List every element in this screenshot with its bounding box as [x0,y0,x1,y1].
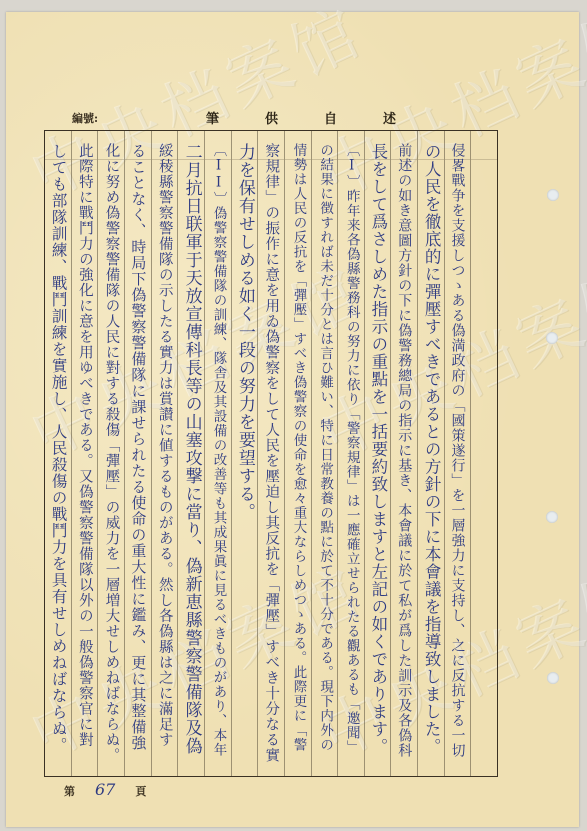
handwritten-line: 綏稜縣警察警備隊の示したる實力は賞讃に値するものがある。然し各偽縣は之に滿足す [157,143,172,748]
manuscript-column: 長をして爲さしめた指示の重點を一括要約致しますと左記の如くであります。 [364,131,391,776]
serial-number-label: 編號: [72,110,98,126]
handwritten-line: ることなく、時局下偽警察警備隊に課せられたる使命の重大性に鑑み、更に其整備強 [130,143,145,751]
manuscript-column: の結果に徴すれば未だ十分とは言ひ難い、特に日常教養の點に於て不十分である。現下内… [311,131,338,776]
handwritten-line: の結果に徴すれば未だ十分とは言ひ難い、特に日常教養の點に於て不十分である。現下内… [318,143,332,752]
handwritten-line: 情勢は人民の反抗を「彈壓」すべき偽警察の使命を愈々重大ならしめつゝある。此際更に… [291,143,305,752]
punch-hole [546,332,558,344]
handwritten-line: 長をして爲さしめた指示の重點を一括要約致しますと左記の如くであります。 [369,143,386,756]
page-prefix: 第 [64,783,75,799]
handwritten-line: しても部隊訓練、戰鬥訓練を實施し、人民殺傷の戰鬥力を具有せしめねばならぬ。 [50,143,66,754]
page-number: 67 [95,780,115,799]
handwritten-line: 化に努め偽警察警備隊の人民に對する殺傷「彈壓」の威力を一層増大せしめねばならぬ。 [104,143,119,763]
manuscript-column: ることなく、時局下偽警察警備隊に課せられたる使命の重大性に鑑み、更に其整備強 [124,131,151,776]
manuscript-column: 二月抗日联軍于天放宣傳科長等の山塞攻撃に當り、偽新恵縣警察警備隊及偽 [177,131,204,776]
manuscript-column: 察規律」の振作に意を用ゐ偽警察をして人民を壓迫し其反抗を「彈壓」すべき十分なる實 [257,131,284,776]
punch-hole [547,672,559,684]
handwritten-line: 二月抗日联軍于天放宣傳科長等の山塞攻撃に當り、偽新恵縣警察警備隊及偽 [183,143,200,755]
form-title-char: 筆 [206,108,219,127]
form-title: 筆 供 自 述 [206,108,396,127]
manuscript-column: 〔II〕偽警察警備隊の訓練、隊舎及其設備の改善等も其成果眞に見るべきものがあり、… [204,131,231,776]
page-footer: 第 67 頁 [64,780,146,799]
manuscript-grid: 侵畧戰争を支援しつゝある偽満政府の「國策遂行」を一層強力に支持し、之に反抗する一… [44,130,498,777]
manuscript-column: 侵畧戰争を支援しつゝある偽満政府の「國策遂行」を一層強力に支持し、之に反抗する一… [444,131,471,776]
handwritten-line: 侵畧戰争を支援しつゝある偽満政府の「國策遂行」を一層強力に支持し、之に反抗する一… [451,143,465,758]
handwritten-line: 察規律」の振作に意を用ゐ偽警察をして人民を壓迫し其反抗を「彈壓」すべき十分なる實 [264,143,279,763]
manuscript-column: の人民を徹底的に彈壓すべきであるとの方針の下に本會議を指導致しました。 [417,131,444,776]
manuscript-column: 綏稜縣警察警備隊の示したる實力は賞讃に値するものがある。然し各偽縣は之に滿足す [151,131,178,776]
page-suffix: 頁 [135,783,146,799]
handwritten-line: 〔II〕偽警察警備隊の訓練、隊舎及其設備の改善等も其成果眞に見るべきものがあり、… [211,143,225,757]
handwritten-line: の人民を徹底的に彈壓すべきであるとの方針の下に本會議を指導致しました。 [423,143,440,756]
manuscript-column: 化に努め偽警察警備隊の人民に對する殺傷「彈壓」の威力を一層増大せしめねばならぬ。 [97,131,124,776]
handwritten-line: 前述の如き意圖方針の下に偽警務總局の指示に基き、本會議に於て私が爲した訓示及各偽… [397,143,411,758]
form-title-char: 述 [383,108,396,127]
manuscript-column: 力を保有せしめる如く一段の努力を要望する。 [231,131,258,776]
form-title-char: 自 [324,108,337,127]
handwritten-line: 此際特に戰鬥力の強化に意を用ゆべきである。又偽警察警備隊以外の一般偽警察官に對 [77,143,92,748]
manuscript-column: 〔I〕昨年来各偽縣警務科の努力に依り「警察規律」は一應確立せられたる觀あるも「邀… [337,131,364,776]
manuscript-column: しても部隊訓練、戰鬥訓練を實施し、人民殺傷の戰鬥力を具有せしめねばならぬ。 [45,131,71,776]
manuscript-column [470,131,497,776]
punch-hole [547,189,559,201]
manuscript-column: 此際特に戰鬥力の強化に意を用ゆべきである。又偽警察警備隊以外の一般偽警察官に對 [71,131,98,776]
manuscript-column: 情勢は人民の反抗を「彈壓」すべき偽警察の使命を愈々重大ならしめつゝある。此際更に… [284,131,311,776]
document-page: 中央档案馆 中央档案馆 中央档案馆 中央档案馆 中央档案馆 中央档案馆 編號: … [6,12,579,827]
punch-hole [546,511,558,523]
grid-rule [471,159,497,160]
handwritten-line: 力を保有せしめる如く一段の努力を要望する。 [236,143,253,521]
form-title-char: 供 [265,108,278,127]
manuscript-column: 前述の如き意圖方針の下に偽警務總局の指示に基き、本會議に於て私が爲した訓示及各偽… [390,131,417,776]
handwritten-line: 〔I〕昨年来各偽縣警務科の努力に依り「警察規律」は一應確立せられたる觀あるも「邀… [344,143,358,755]
